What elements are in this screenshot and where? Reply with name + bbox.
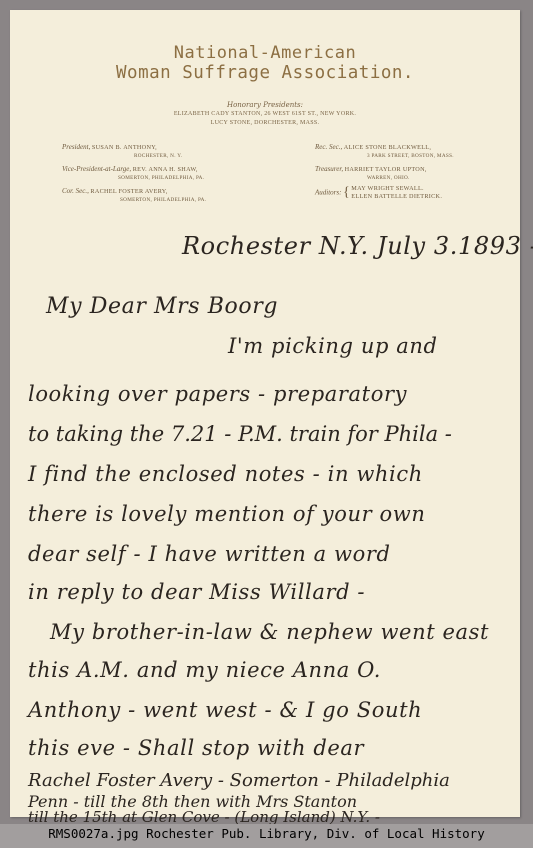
letter-line: there is lovely mention of your own [28,502,425,526]
officer-address: Rochester, N. Y. [62,152,182,160]
officer-address: Warren, Ohio. [315,174,427,182]
letter-line: looking over papers - preparatory [28,382,407,406]
letter-page: National-American Woman Suffrage Associa… [10,10,520,817]
letter-line: I find the enclosed notes - in which [28,462,423,486]
officer-role: Cor. Sec., [62,187,89,195]
letter-line: this A.M. and my niece Anna O. [28,658,381,682]
letter-line: dear self - I have written a word [28,542,391,566]
letter-line: in reply to dear Miss Willard - [28,580,365,604]
officer-rec-sec: Rec. Sec., ALICE STONE BLACKWELL, 3 Park… [315,143,454,160]
auditor-names: MAY WRIGHT SEWALL. ELLEN BATTELLE DIETRI… [351,185,442,201]
letterhead-title-line1: National-American [10,43,520,63]
letterhead-title-line2: Woman Suffrage Association. [10,63,520,83]
officer-role: Auditors: [315,188,341,196]
officer-treasurer: Treasurer, HARRIET TAYLOR UPTON, Warren,… [315,165,427,182]
officer-role: Vice-President-at-Large, [62,165,131,173]
letter-line: My brother-in-law & nephew went east [50,620,489,644]
officer-auditors: Auditors: { MAY WRIGHT SEWALL. ELLEN BAT… [315,185,442,201]
officer-role: Rec. Sec., [315,143,342,151]
officer-name: REV. ANNA H. SHAW, [133,166,198,173]
officer-president: President, SUSAN B. ANTHONY, Rochester, … [62,143,182,160]
letter-line: Anthony - went west - & I go South [28,698,422,722]
letter-line: I'm picking up and [228,334,438,358]
officer-name: SUSAN B. ANTHONY, [92,144,157,151]
brace-icon: { [343,185,350,200]
officer-name: ALICE STONE BLACKWELL, [344,144,431,151]
officer-address: Somerton, Philadelphia, Pa. [62,196,206,204]
letter-line: this eve - Shall stop with dear [28,736,364,760]
letter-line: Rachel Foster Avery - Somerton - Philade… [28,770,450,791]
officer-cor-sec: Cor. Sec., RACHEL FOSTER AVERY, Somerton… [62,187,206,204]
officer-address: 3 Park Street, Boston, Mass. [315,152,454,160]
officer-vice-president: Vice-President-at-Large, REV. ANNA H. SH… [62,165,204,182]
officer-address: Somerton, Philadelphia, Pa. [62,174,204,182]
letter-dateline: Rochester N.Y. July 3.1893 - [182,232,533,260]
honorary-president: LUCY STONE, Dorchester, Mass. [10,120,520,126]
officer-role: Treasurer, [315,165,343,173]
auditor-name: ELLEN BATTELLE DIETRICK. [351,193,442,201]
honorary-presidents-label: Honorary Presidents: [10,101,520,109]
officer-name: RACHEL FOSTER AVERY, [90,188,167,195]
officer-name: HARRIET TAYLOR UPTON, [345,166,427,173]
auditor-name: MAY WRIGHT SEWALL. [351,185,442,193]
letter-salutation: My Dear Mrs Boorg [46,294,278,319]
image-caption: RMS0027a.jpg Rochester Pub. Library, Div… [0,824,533,848]
officer-role: President, [62,143,90,151]
honorary-president: ELIZABETH CADY STANTON, 26 West 61st St.… [10,111,520,117]
letter-line: to taking the 7.21 - P.M. train for Phil… [28,422,452,446]
